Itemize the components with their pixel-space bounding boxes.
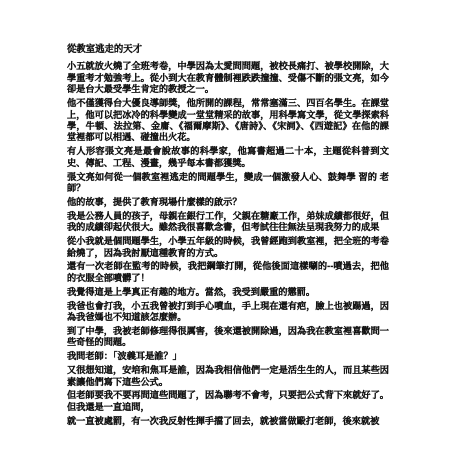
paragraph-body-9: 但老師要我不要再問這些問題了，因為聯考不會考，只要把公式背下來就好了。但我還是一… <box>67 390 389 413</box>
paragraph-question-2: 他的故事，提供了教育現場什麼樣的啟示？ <box>67 197 389 208</box>
paragraph-body-4: 我覺得這是上學真正有趣的地方。當然，我受到嚴重的懲罰。 <box>67 287 389 298</box>
document-viewport: 從教室逃走的天才 小五就放火燒了全班考卷，中學因為太愛問問題，被校長痛打、被學校… <box>0 0 452 452</box>
document-title: 從教室逃走的天才 <box>67 43 389 54</box>
paragraph-body-8: 又很想知道，安培和焦耳是誰，因為我相信他們一定是活生生的人，而且某些因素讓他們寫… <box>67 365 389 388</box>
paragraph-body-10: 就一直被處罰，有一次我反射性揮手擋了回去，就被當做毆打老師，後來就被 <box>67 416 389 427</box>
paragraph-question-1: 張文亮如何從一個教室裡逃走的問題學生，變成一個激發人心、鼓舞學 習的 老師？ <box>67 172 389 195</box>
paragraph-intro-1: 小五就放火燒了全班考卷，中學因為太愛問問題，被校長痛打、被學校開除，大學重考才勉… <box>67 61 389 95</box>
paragraph-intro-3: 有人形容張文亮是最會說故事的科學家，他寫書超過二十本，主題從科普到文史、傳記、工… <box>67 146 389 169</box>
paragraph-body-7: 我問老師：「波義耳是誰？」 <box>67 351 389 362</box>
paragraph-body-6: 到了中學，我被老師修理得很厲害，後來還被開除過，因為我在教室裡喜歡問一些奇怪的問… <box>67 326 389 349</box>
paragraph-body-2: 從小我就是個問題學生，小學五年級的時候，我曾經跑到教室裡，把全班的考卷給燒了，因… <box>67 236 389 259</box>
paragraph-body-5: 我爸也會打我，小五我曾被打到手心噴血，手上現在還有疤，臉上也被踢過，因為我爸媽也… <box>67 301 389 324</box>
paragraph-body-3: 還有一次老師在監考的時候，我把鋼筆打開，從他後面這樣唰的--噴過去，把他的衣服全… <box>67 261 389 284</box>
paragraph-intro-2: 他不僅獲得台大優良導師獎，他所開的課程，常常塞滿三、四百名學生。在課堂上，他可以… <box>67 98 389 144</box>
paragraph-body-1: 我是公務人員的孩子，母親在銀行工作，父親在糖廠工作，弟妹成績都很好，但我的成績卻… <box>67 211 389 234</box>
document-page: 從教室逃走的天才 小五就放火燒了全班考卷，中學因為太愛問問題，被校長痛打、被學校… <box>67 43 389 427</box>
